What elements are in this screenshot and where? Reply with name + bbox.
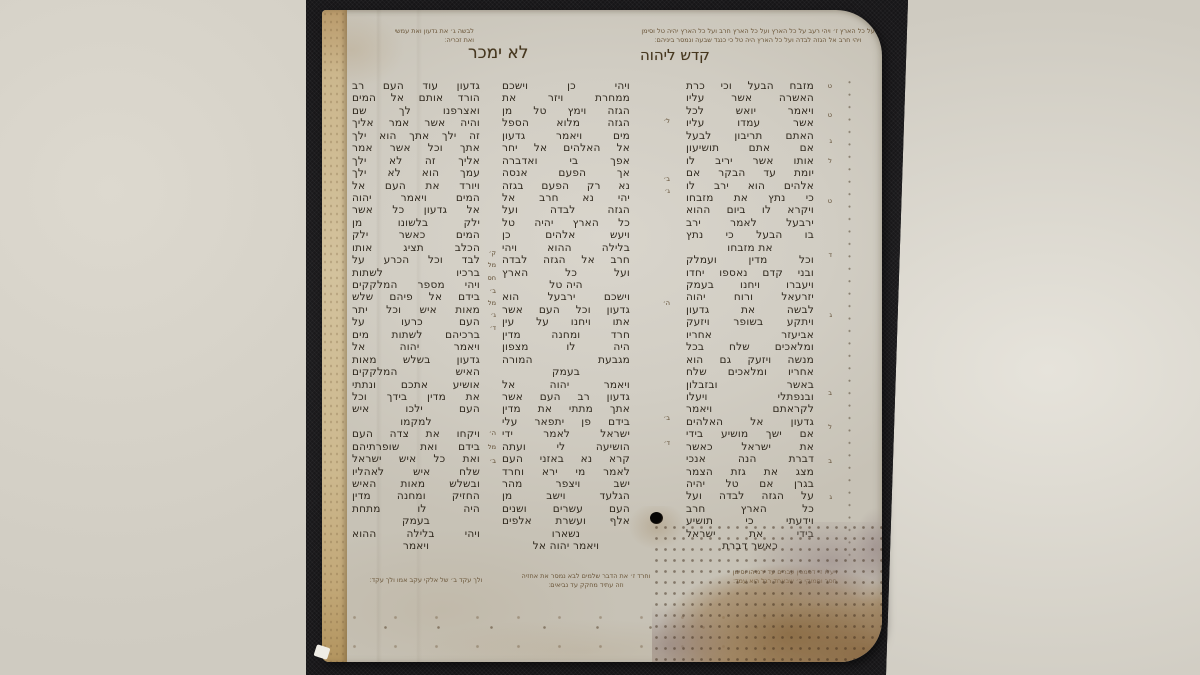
masora-letter: ל׳ (664, 118, 670, 125)
masora-letter: ד (828, 252, 832, 259)
corner-notes: לבשה ג׳ את גדעון ואת עמשיואת זכריה׃ (360, 27, 474, 45)
text-line: יזרעאל ורוח יהוה (686, 291, 814, 303)
text-line: את מדין בידך וכל (352, 391, 480, 403)
text-line: המים ויאמר יהוה (352, 192, 480, 204)
text-line: כאשר דברת (686, 540, 814, 552)
text-line: ובשלש מאות האיש (352, 478, 480, 490)
text-line: אחריו ומלאכים שלח (686, 366, 814, 378)
text-line: אביעזר אחריו (686, 329, 814, 341)
masora-letter: מל (488, 300, 496, 307)
masora-letter: ב׳ (490, 288, 496, 295)
text-line: אל האלהים אל יחר (502, 142, 630, 154)
text-line: כל הארץ חרב (686, 503, 814, 515)
text-line: היה טל (502, 279, 630, 291)
text-line: הגזה לבדה ועל (502, 204, 630, 216)
text-line: ויורד את העם אל (352, 180, 480, 192)
text-line: אליך זה לא ילך (352, 155, 480, 167)
masora-letter: ג׳ (491, 312, 496, 319)
text-line: ומלאכים שלח בכל (686, 341, 814, 353)
text-line: שלח איש לאהליו (352, 466, 480, 478)
text-line: על הגזה לבדה ועל (686, 490, 814, 502)
text-line: ויקחו את צדה העם (352, 428, 480, 440)
masora-letter: חס (488, 275, 496, 282)
text-line: ובני קדם נאספו יחדו (686, 267, 814, 279)
masora-letter: ט (828, 83, 832, 90)
text-line: באשר ובזבלון (686, 379, 814, 391)
text-line: ובנפתלי ויעלו (686, 391, 814, 403)
masora-letter: ב׳ (664, 415, 670, 422)
text-line: ילק בלשונו מן (352, 217, 480, 229)
text-line: נשארו (502, 528, 630, 540)
masora-letter: ג׳ (665, 188, 670, 195)
text-line: וכל מדין ועמלק (686, 254, 814, 266)
text-column-left: גדעון עוד העם רבהורד אותם אל המיםואצרפנו… (352, 80, 480, 553)
text-line: אל גדעון כל אשר (352, 204, 480, 216)
text-line: בידי את ישראל (686, 528, 814, 540)
text-line: אתך וכל אשר אמר (352, 142, 480, 154)
text-line: הגלעד וישב מן (502, 490, 630, 502)
text-line: הושיעה לי ועתה (502, 441, 630, 453)
text-line: העם כרעו על (352, 316, 480, 328)
masora-letter: ב (828, 390, 832, 397)
masora-magna-bottom-left: ולך עקד ב׳ של אלקי עקב אמו ולך עקד׃ (350, 576, 502, 585)
masora-letter: ל (828, 158, 832, 165)
masora-letter: מל (488, 444, 496, 451)
text-line: וישכם ירבעל הוא (502, 291, 630, 303)
text-line: הכלב תציג אותו (352, 242, 480, 254)
text-line: מנשה ויזעק גם הוא (686, 354, 814, 366)
text-line: ישראל לאמר ידי (502, 428, 630, 440)
masora-letter: מל (488, 262, 496, 269)
text-line: יהי נא חרב אל (502, 192, 630, 204)
pricking-dots (848, 76, 851, 558)
masora-line: לבשה ג׳ את גדעון ואת עמשי (360, 27, 474, 36)
masora-letter: ב׳ (664, 176, 670, 183)
text-line: קרא נא באזני העם (502, 453, 630, 465)
text-line: ויאמר יהוה אל (352, 341, 480, 353)
manuscript-page: על כל הארץ ז׳ ויהי רעב על כל הארץ ועל כל… (322, 10, 882, 662)
text-line: היה לו מצפון (502, 341, 630, 353)
text-line: כי נתץ את מזבחו (686, 192, 814, 204)
text-line: אושיע אתכם ונתתי (352, 379, 480, 391)
masora-line: ויעלו ז׳ דסמכין עברים עד ירמיהו וסימן (700, 568, 870, 577)
text-line: גדעון עוד העם רב (352, 80, 480, 92)
text-line: עמך הוא לא ילך (352, 167, 480, 179)
masora-letter: ה׳ (663, 300, 670, 307)
text-line: חרב אל הגזה לבדה (502, 254, 630, 266)
text-line: אלהים הוא ירב לו (686, 180, 814, 192)
wormhole (650, 512, 663, 524)
text-line: ברכיהם לשתות מים (352, 329, 480, 341)
masora-letter: ד׳ (664, 440, 670, 447)
text-line: בידם אל פיהם שלש (352, 291, 480, 303)
text-line: אותו אשר יריב לו (686, 155, 814, 167)
text-line: גדעון אל האלהים (686, 416, 814, 428)
text-line: ויעברו ויחנו בעמק (686, 279, 814, 291)
masora-letter: ה׳ (489, 430, 496, 437)
text-line: אפך בי ואדברה (502, 155, 630, 167)
text-line: דברת הנה אנכי (686, 453, 814, 465)
text-line: גדעון בשלש מאות (352, 354, 480, 366)
text-line: את מזבחו (686, 242, 814, 254)
masora-line: ואת זכריה׃ (360, 36, 474, 45)
text-line: בעמק (352, 515, 480, 527)
text-line: לבשה את גדעון (686, 304, 814, 316)
text-line: בידם פן יתפאר עלי (502, 416, 630, 428)
text-line: ויקרא לו ביום ההוא (686, 204, 814, 216)
dedication-left: לא ימכר (468, 43, 528, 63)
text-line: ואת כל איש ישראל (352, 453, 480, 465)
text-line: מצג את גזת הצמר (686, 466, 814, 478)
text-line: בעמק (502, 366, 630, 378)
text-line: ועל כל הארץ (502, 267, 630, 279)
text-line: זה ילך אתך הוא ילך (352, 130, 480, 142)
text-line: ויהי כן וישכם (502, 80, 630, 92)
dedication-right: קדש ליהוה (640, 46, 710, 64)
text-line: אם ישך מושיע בידי (686, 428, 814, 440)
text-line: אך הפעם אנסה (502, 167, 630, 179)
text-line: לאמר מי ירא וחרד (502, 466, 630, 478)
text-line: ברכיו לשתות (352, 267, 480, 279)
bottom-speckle-stains (352, 600, 772, 660)
text-line: ויאמר יהוה אל (502, 540, 630, 552)
text-line: העם ילכו איש (352, 403, 480, 415)
text-line: הגזה וימץ טל מן (502, 105, 630, 117)
masora-letter: ג (829, 494, 832, 501)
text-line: אתך מתתי את מדין (502, 403, 630, 415)
text-line: האשרה אשר עליו (686, 92, 814, 104)
text-line: ויאמר יואש לכל (686, 105, 814, 117)
masora-letter: ל (828, 424, 832, 431)
text-line: ויעש אלהים כן (502, 229, 630, 241)
text-line: אשר עמדו עליו (686, 117, 814, 129)
text-line: אם אתם תושיעון (686, 142, 814, 154)
text-line: לבד וכל הכרע על (352, 254, 480, 266)
text-line: נא רק הפעם בגזה (502, 180, 630, 192)
masora-letter: ט (828, 112, 832, 119)
text-line: אתו ויחנו על עין (502, 316, 630, 328)
masora-letter: ב׳ (490, 458, 496, 465)
masora-letter: ד׳ (490, 325, 496, 332)
masora-line: חסר וחמוקי ב׳ שבאחד רגל היא עמד׃ (700, 577, 870, 586)
text-column-right: מזבח הבעל וכי כרתהאשרה אשר עליוויאמר יוא… (686, 80, 814, 553)
masora-letter: ק׳ (489, 250, 496, 257)
photograph-stage: על כל הארץ ז׳ ויהי רעב על כל הארץ ועל כל… (0, 0, 1200, 675)
text-line: ויהי מספר המלקקים (352, 279, 480, 291)
text-line: את ישראל כאשר (686, 441, 814, 453)
text-line: המים כאשר ילק (352, 229, 480, 241)
text-line: החזיק ומחנה מדין (352, 490, 480, 502)
text-line: בידם ואת שופרתיהם (352, 441, 480, 453)
text-line: בלילה ההוא ויהי (502, 242, 630, 254)
text-line: מזבח הבעל וכי כרת (686, 80, 814, 92)
text-line: מגבעת המורה (502, 354, 630, 366)
text-line: חרד ומחנה מדין (502, 329, 630, 341)
text-line: ישב ויצפר מהר (502, 478, 630, 490)
text-line: מאות איש וכל יתר (352, 304, 480, 316)
masora-line: ולך עקד ב׳ של אלקי עקב אמו ולך עקד׃ (350, 576, 502, 585)
text-line: והיה אשר אמר אליך (352, 117, 480, 129)
masora-magna-bottom-middle: וחרד ז׳ את הדבר שלמים לבא נמסר את אחזיהו… (506, 572, 666, 590)
text-line: ויאמר (352, 540, 480, 552)
text-line: ויאמר יהוה אל (502, 379, 630, 391)
masora-letter: ט (828, 198, 832, 205)
masora-magna-bottom-right: ויעלו ז׳ דסמכין עברים עד ירמיהו וסימןחסר… (700, 568, 870, 586)
text-line: בגרן אם טל יהיה (686, 478, 814, 490)
masora-letter: ג (829, 312, 832, 319)
masora-parva-gap-right: ל׳ב׳ג׳ה׳ב׳ד׳ (654, 10, 670, 662)
text-line: היה לו מתחת (352, 503, 480, 515)
text-line: כל הארץ יהיה טל (502, 217, 630, 229)
text-line: הורד אותם אל המים (352, 92, 480, 104)
binding-strip (322, 10, 347, 662)
text-line: גדעון וכל העם אשר (502, 304, 630, 316)
text-line: גדעון רב העם אשר (502, 391, 630, 403)
text-line: ואצרפנו לך שם (352, 105, 480, 117)
masora-letter: ג (829, 138, 832, 145)
masora-line: וזה עתיד מחקק עד נביאים׃ (506, 581, 666, 590)
text-line: לקראתם ויאמר (686, 403, 814, 415)
masora-parva-outer-margin: טטגלטדגבלבג (820, 10, 832, 662)
masora-line: וחרד ז׳ את הדבר שלמים לבא נמסר את אחזיה (506, 572, 666, 581)
text-line: למקמו (352, 416, 480, 428)
text-line: ממחרת ויזר את (502, 92, 630, 104)
text-line: מים ויאמר גדעון (502, 130, 630, 142)
text-column-middle: ויהי כן וישכםממחרת ויזר אתהגזה וימץ טל מ… (502, 80, 630, 553)
text-line: יומת עד הבקר אם (686, 167, 814, 179)
masora-parva-gap-left: ק׳מלחסב׳מלג׳ד׳ה׳מלב׳ (480, 10, 496, 662)
text-line: הגזה מלוא הספל (502, 117, 630, 129)
text-line: ירבעל לאמר ירב (686, 217, 814, 229)
text-line: ויהי בלילה ההוא (352, 528, 480, 540)
text-line: בו הבעל כי נתץ (686, 229, 814, 241)
text-line: ויתקע בשופר ויזעק (686, 316, 814, 328)
masora-letter: ב (828, 458, 832, 465)
text-line: האתם תריבון לבעל (686, 130, 814, 142)
text-line: האיש המלקקים (352, 366, 480, 378)
text-line: אלף ועשרת אלפים (502, 515, 630, 527)
text-line: העם עשרים ושנים (502, 503, 630, 515)
text-line: וידעתי כי תושיע (686, 515, 814, 527)
